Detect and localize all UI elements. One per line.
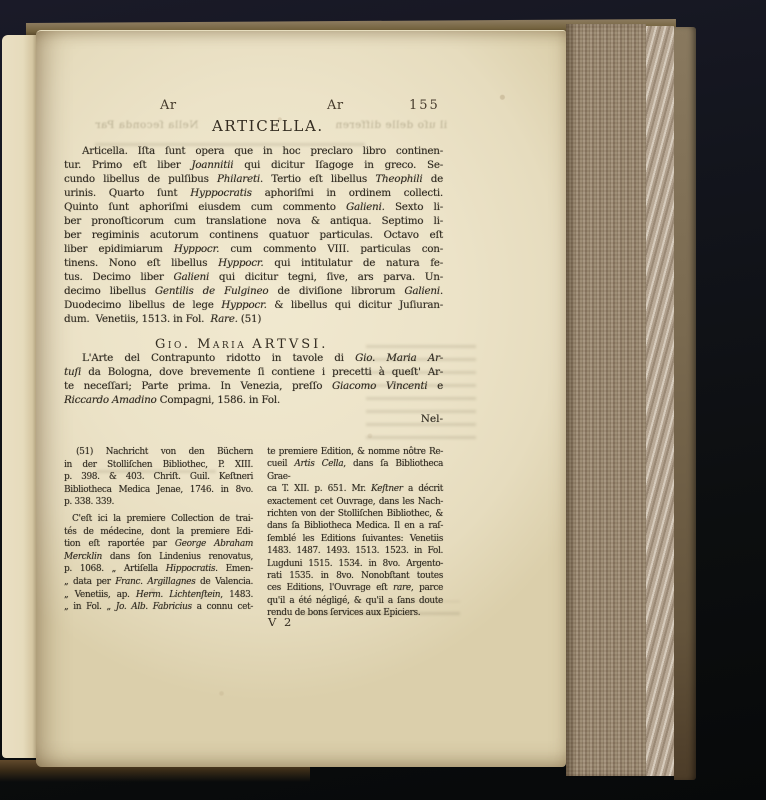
text-line: urinis. Quarto ſunt Hyppocratis aphoriſm… <box>64 186 443 200</box>
text-line: Quinto ſunt aphoriſmi eiusdem cum commen… <box>64 200 443 214</box>
text-line: tion eſt raportée par George Abraham <box>64 538 253 551</box>
page-number: 155 <box>409 98 440 113</box>
footnote-right-column: te premiere Edition, & nomme nôtre Re-cu… <box>267 446 443 620</box>
text-line: C'eſt ici la premiere Collection de trai… <box>64 513 253 526</box>
italic-text: Franc. Argillagnes <box>115 577 195 587</box>
text-line: dans ſa Bibliotheca Medica. Il en a raſ- <box>267 520 443 532</box>
article-title-articella: ARTICELLA. <box>212 117 324 135</box>
italic-text: Hyppocr. <box>174 243 219 255</box>
text-line: 1483. 1487. 1493. 1513. 1523. in Fol. <box>267 545 443 557</box>
italic-text: Hyppocr. <box>221 299 266 311</box>
italic-text: Jo. Alb. Fabricius <box>116 602 192 612</box>
book-fore-edge <box>566 24 646 776</box>
text-line: exactement cet Ouvrage, dans les Nach- <box>267 496 443 508</box>
text-line: ber regiminis acutorum continens quatuor… <box>64 228 443 242</box>
italic-text: Artis Cella <box>294 459 343 469</box>
italic-text: Giacomo Vincenti <box>332 380 427 392</box>
article-title-artusi: Gio. MariaARTVSI. <box>155 337 328 352</box>
text-line: liber epidimiarum Hyppocr. cum commento … <box>64 242 443 256</box>
text-line: Mercklin dans ſon Lindenius renovatus, <box>64 551 253 564</box>
text-line: cueil Artis Cella, dans ſa Bibliotheca G… <box>267 458 443 483</box>
text-line: cundo libellus de pulſibus Philareti. Te… <box>64 172 443 186</box>
text-line: „ Venetiis, ap. Herm. Lichtenſtein, 1483… <box>64 589 253 602</box>
text-line: tinens. Nono eſt libellus Hyppocr. qui i… <box>64 256 443 270</box>
book-page: Nella ſeconda Par il uſo delle differen … <box>36 30 566 767</box>
text-line: tur. Primo eſt liber Joannitii qui dicit… <box>64 158 443 172</box>
signature-mark: V 2 <box>268 615 293 629</box>
italic-text: Herm. Lichtenſtein <box>136 590 220 600</box>
catchword-row: Nel- <box>64 413 443 425</box>
text-line: Bibliotheca Medica Jenae, 1746. in 8vo. <box>64 484 253 497</box>
italic-text: Rare. <box>210 313 237 325</box>
italic-text: rare <box>393 583 411 593</box>
italic-text: Philareti <box>217 173 260 185</box>
text-line: decimo libellus Gentilis de Fulgineo de … <box>64 284 443 298</box>
articella-paragraph: Articella. Iſta ſunt opera que in hoc pr… <box>64 144 443 326</box>
left-page-edge <box>2 35 40 758</box>
text-line: rendu de bons ſervices aux Epiciers. <box>267 607 443 619</box>
text-line: (51) Nachricht von den Büchern <box>64 446 253 459</box>
footnote-left-note: (51) Nachricht von den Büchernin der Sto… <box>64 446 253 509</box>
text-line: Riccardo Amadino Compagni, 1586. in Fol. <box>64 393 443 407</box>
text-line: p. 398. & 403. Chriſt. Guil. Keſtneri <box>64 471 253 484</box>
text-line: „ in Fol. „ Jo. Alb. Fabricius a connu c… <box>64 601 253 614</box>
text-line: in der Stolliſchen Bibliothec, P. XIII. <box>64 459 253 472</box>
text-line: rati 1535. in 8vo. Nonobſtant toutes <box>267 570 443 582</box>
text-line: dum. Venetiis, 1513. in Fol. Rare. (51) <box>64 312 443 326</box>
text-line: L'Arte del Contrapunto ridotto in tavole… <box>64 351 443 365</box>
italic-text: Joannitii <box>191 159 233 171</box>
text-line: p. 338. 339. <box>64 496 253 509</box>
italic-text: Galieni <box>173 271 209 283</box>
italic-text: Gentilis de Fulgineo <box>155 285 268 297</box>
text-line: ces Editions, l'Ouvrage eſt rare, parce <box>267 582 443 594</box>
italic-text: Keſtner <box>371 484 403 494</box>
italic-text: Hyppocratis <box>190 187 252 199</box>
footnote-left-paragraph: C'eſt ici la premiere Collection de trai… <box>64 513 253 614</box>
text-line: tuſi da Bologna, dove brevemente ſi cont… <box>64 365 443 379</box>
book-scan: Nella ſeconda Par il uſo delle differen … <box>0 0 766 800</box>
bleedthrough-text: il uſo delle differen <box>335 119 447 131</box>
text-line: „ data per Franc. Argillagnes de Valenci… <box>64 576 253 589</box>
italic-text: Gio. Maria Ar- <box>355 352 443 364</box>
text-line: te premiere Edition, & nomme nôtre Re- <box>267 446 443 458</box>
artusi-heading-surname: ARTVSI. <box>252 337 328 352</box>
text-line: Lugduni 1515. 1534. in 8vo. Argento- <box>267 558 443 570</box>
book-endpaper-edge <box>646 26 674 776</box>
text-line: Duodecimo libellus de lege Hyppocr. & li… <box>64 298 443 312</box>
text-line: richten von der Stolliſchen Bibliothec, … <box>267 508 443 520</box>
bleedthrough-text: Nella ſeconda Par <box>95 119 198 131</box>
italic-text: Riccardo Amadino <box>64 394 157 406</box>
artusi-paragraph: L'Arte del Contrapunto ridotto in tavole… <box>64 351 443 407</box>
running-header-center: Ar <box>327 98 344 113</box>
italic-text: Galieni <box>346 201 382 213</box>
book-cover-edge <box>674 27 696 780</box>
text-line: ſemblé les Editions ſuivantes: Venetiis <box>267 533 443 545</box>
text-line: Articella. Iſta ſunt opera que in hoc pr… <box>64 144 443 158</box>
text-line: te neceſſari; Parte prima. In Venezia, p… <box>64 379 443 393</box>
text-line: ca T. XII. p. 651. Mr. Keſtner a décrit <box>267 483 443 495</box>
italic-text: tuſi <box>64 366 81 378</box>
running-header-left: Ar <box>160 98 177 113</box>
italic-text: Galieni <box>404 285 440 297</box>
text-line: ber pronoſticorum cum translatione nova … <box>64 214 443 228</box>
artusi-heading-name: Gio. Maria <box>155 337 246 352</box>
text-line: tés de médecine, dont la premiere Edi- <box>64 526 253 539</box>
italic-text: Theophili <box>375 173 422 185</box>
catchword: Nel- <box>421 413 443 425</box>
italic-text: Hippocratis <box>166 564 215 574</box>
text-line: qu'il a été négligé, & qu'il a ſans dout… <box>267 595 443 607</box>
text-line: p. 1068. „ Artiſella Hippocratis. Emen- <box>64 563 253 576</box>
italic-text: George Abraham <box>175 539 253 549</box>
text-line: tus. Decimo liber Galieni qui dicitur te… <box>64 270 443 284</box>
italic-text: Hyppocr. <box>218 257 263 269</box>
italic-text: Mercklin <box>64 552 102 562</box>
